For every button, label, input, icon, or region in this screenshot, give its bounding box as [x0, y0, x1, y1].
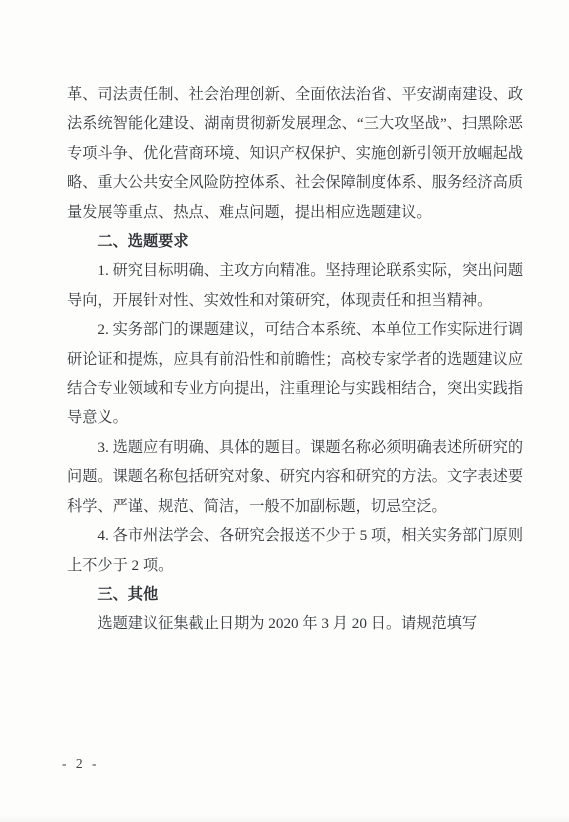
- document-body: 革、司法责任制、社会治理创新、全面依法治省、平安湖南建设、政法系统智能化建设、湖…: [67, 80, 523, 639]
- scan-edge-artifact: [0, 816, 569, 822]
- document-page: 革、司法责任制、社会治理创新、全面依法治省、平安湖南建设、政法系统智能化建设、湖…: [0, 0, 569, 822]
- paragraph-continued-from-previous-page: 革、司法责任制、社会治理创新、全面依法治省、平安湖南建设、政法系统智能化建设、湖…: [67, 80, 523, 227]
- paragraph-deadline: 选题建议征集截止日期为 2020 年 3 月 20 日。请规范填写: [67, 609, 523, 638]
- page-number: - 2 -: [62, 756, 100, 772]
- section-heading-topic-requirements: 二、选题要求: [67, 227, 523, 256]
- paragraph-requirement-1: 1. 研究目标明确、主攻方向精准。坚持理论联系实际，突出问题导向，开展针对性、实…: [67, 256, 523, 315]
- paragraph-requirement-4: 4. 各市州法学会、各研究会报送不少于 5 项，相关实务部门原则上不少于 2 项…: [67, 521, 523, 580]
- section-heading-other: 三、其他: [67, 580, 523, 609]
- paragraph-requirement-3: 3. 选题应有明确、具体的题目。课题名称必须明确表述所研究的问题。课题名称包括研…: [67, 433, 523, 521]
- paragraph-requirement-2: 2. 实务部门的课题建议，可结合本系统、本单位工作实际进行调研论证和提炼，应具有…: [67, 315, 523, 433]
